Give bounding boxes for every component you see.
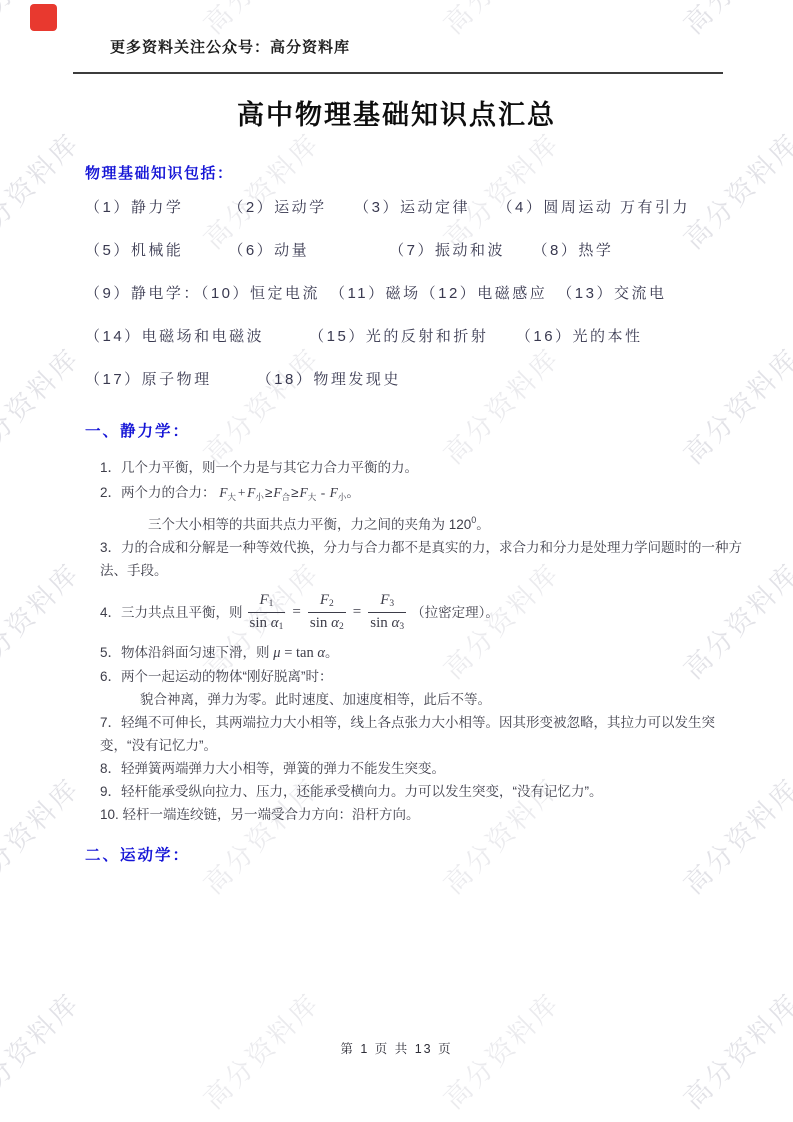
- fraction: F3 sin α3: [368, 591, 406, 634]
- document-page: { "colors": { "accent_blue": "#1414d6", …: [0, 0, 793, 1122]
- page-title: 高中物理基础知识点汇总: [0, 93, 793, 132]
- list-item-formula: 4．三力共点且平衡，则 F1 sin α1 = F2 sin α2 = F3 s…: [100, 591, 750, 634]
- section-1-items: 1．几个力平衡，则一个力是与其它力合力平衡的力。 2．两个力的合力： F大+F小…: [100, 456, 750, 826]
- list-item: 2．两个力的合力： F大+F小≥F合≥F大 - F小。: [100, 481, 750, 509]
- section-2-heading: 二、运动学：: [85, 843, 190, 865]
- inline-formula: F大+F小≥F合≥F大 - F小。: [219, 485, 360, 500]
- list-item: 10. 轻杆一端连绞链，另一端受合力方向：沿杆方向。: [100, 803, 750, 826]
- list-item: 5．物体沿斜面匀速下滑，则 μ = tan α。: [100, 641, 750, 665]
- list-item: 1．几个力平衡，则一个力是与其它力合力平衡的力。: [100, 456, 750, 479]
- list-item: 3．力的合成和分解是一种等效代换，分力与合力都不是真实的力，求合力和分力是处理力…: [100, 536, 750, 582]
- list-item: 7．轻绳不可伸长，其两端拉力大小相等，线上各点张力大小相等。因其形变被忽略，其拉…: [100, 711, 750, 757]
- topic-row: （9）静电学：（10）恒定电流 （11）磁场（12）电磁感应 （13）交流电: [85, 272, 755, 315]
- header-notice: 更多资料关注公众号：高分资料库: [110, 36, 350, 57]
- topic-row: （17）原子物理 （18）物理发现史: [85, 358, 755, 401]
- fraction: F1 sin α1: [248, 591, 286, 634]
- list-item-note: 三个大小相等的共面共点力平衡，力之间的夹角为 1200。: [100, 509, 750, 536]
- red-marker-square: [30, 4, 57, 31]
- section-1-heading: 一、静力学：: [85, 419, 190, 441]
- topic-row: （5）机械能 （6）动量 （7）振动和波 （8）热学: [85, 229, 755, 272]
- fraction: F2 sin α2: [308, 591, 346, 634]
- equals-sign: =: [353, 601, 361, 624]
- equals-sign: =: [292, 601, 300, 624]
- topic-list: （1）静力学 （2）运动学 （3）运动定律 （4）圆周运动 万有引力 （5）机械…: [85, 186, 755, 401]
- list-item: 9．轻杆能承受纵向拉力、压力，还能承受横向力。力可以发生突变，“没有记忆力”。: [100, 780, 750, 803]
- header-divider: [73, 72, 723, 74]
- page-number: 第 1 页 共 13 页: [0, 1039, 793, 1057]
- list-item-note: 貌合神离，弹力为零。此时速度、加速度相等，此后不等。: [100, 688, 750, 711]
- list-item: 8．轻弹簧两端弹力大小相等，弹簧的弹力不能发生突变。: [100, 757, 750, 780]
- list-item: 6．两个一起运动的物体“刚好脱离”时：: [100, 665, 750, 688]
- inline-formula: μ = tan α: [273, 645, 325, 661]
- topic-row: （14）电磁场和电磁波 （15）光的反射和折射 （16）光的本性: [85, 315, 755, 358]
- topic-row: （1）静力学 （2）运动学 （3）运动定律 （4）圆周运动 万有引力: [85, 186, 755, 229]
- page-content: 更多资料关注公众号：高分资料库 高中物理基础知识点汇总 物理基础知识包括： （1…: [0, 0, 793, 1122]
- intro-heading: 物理基础知识包括：: [85, 162, 234, 183]
